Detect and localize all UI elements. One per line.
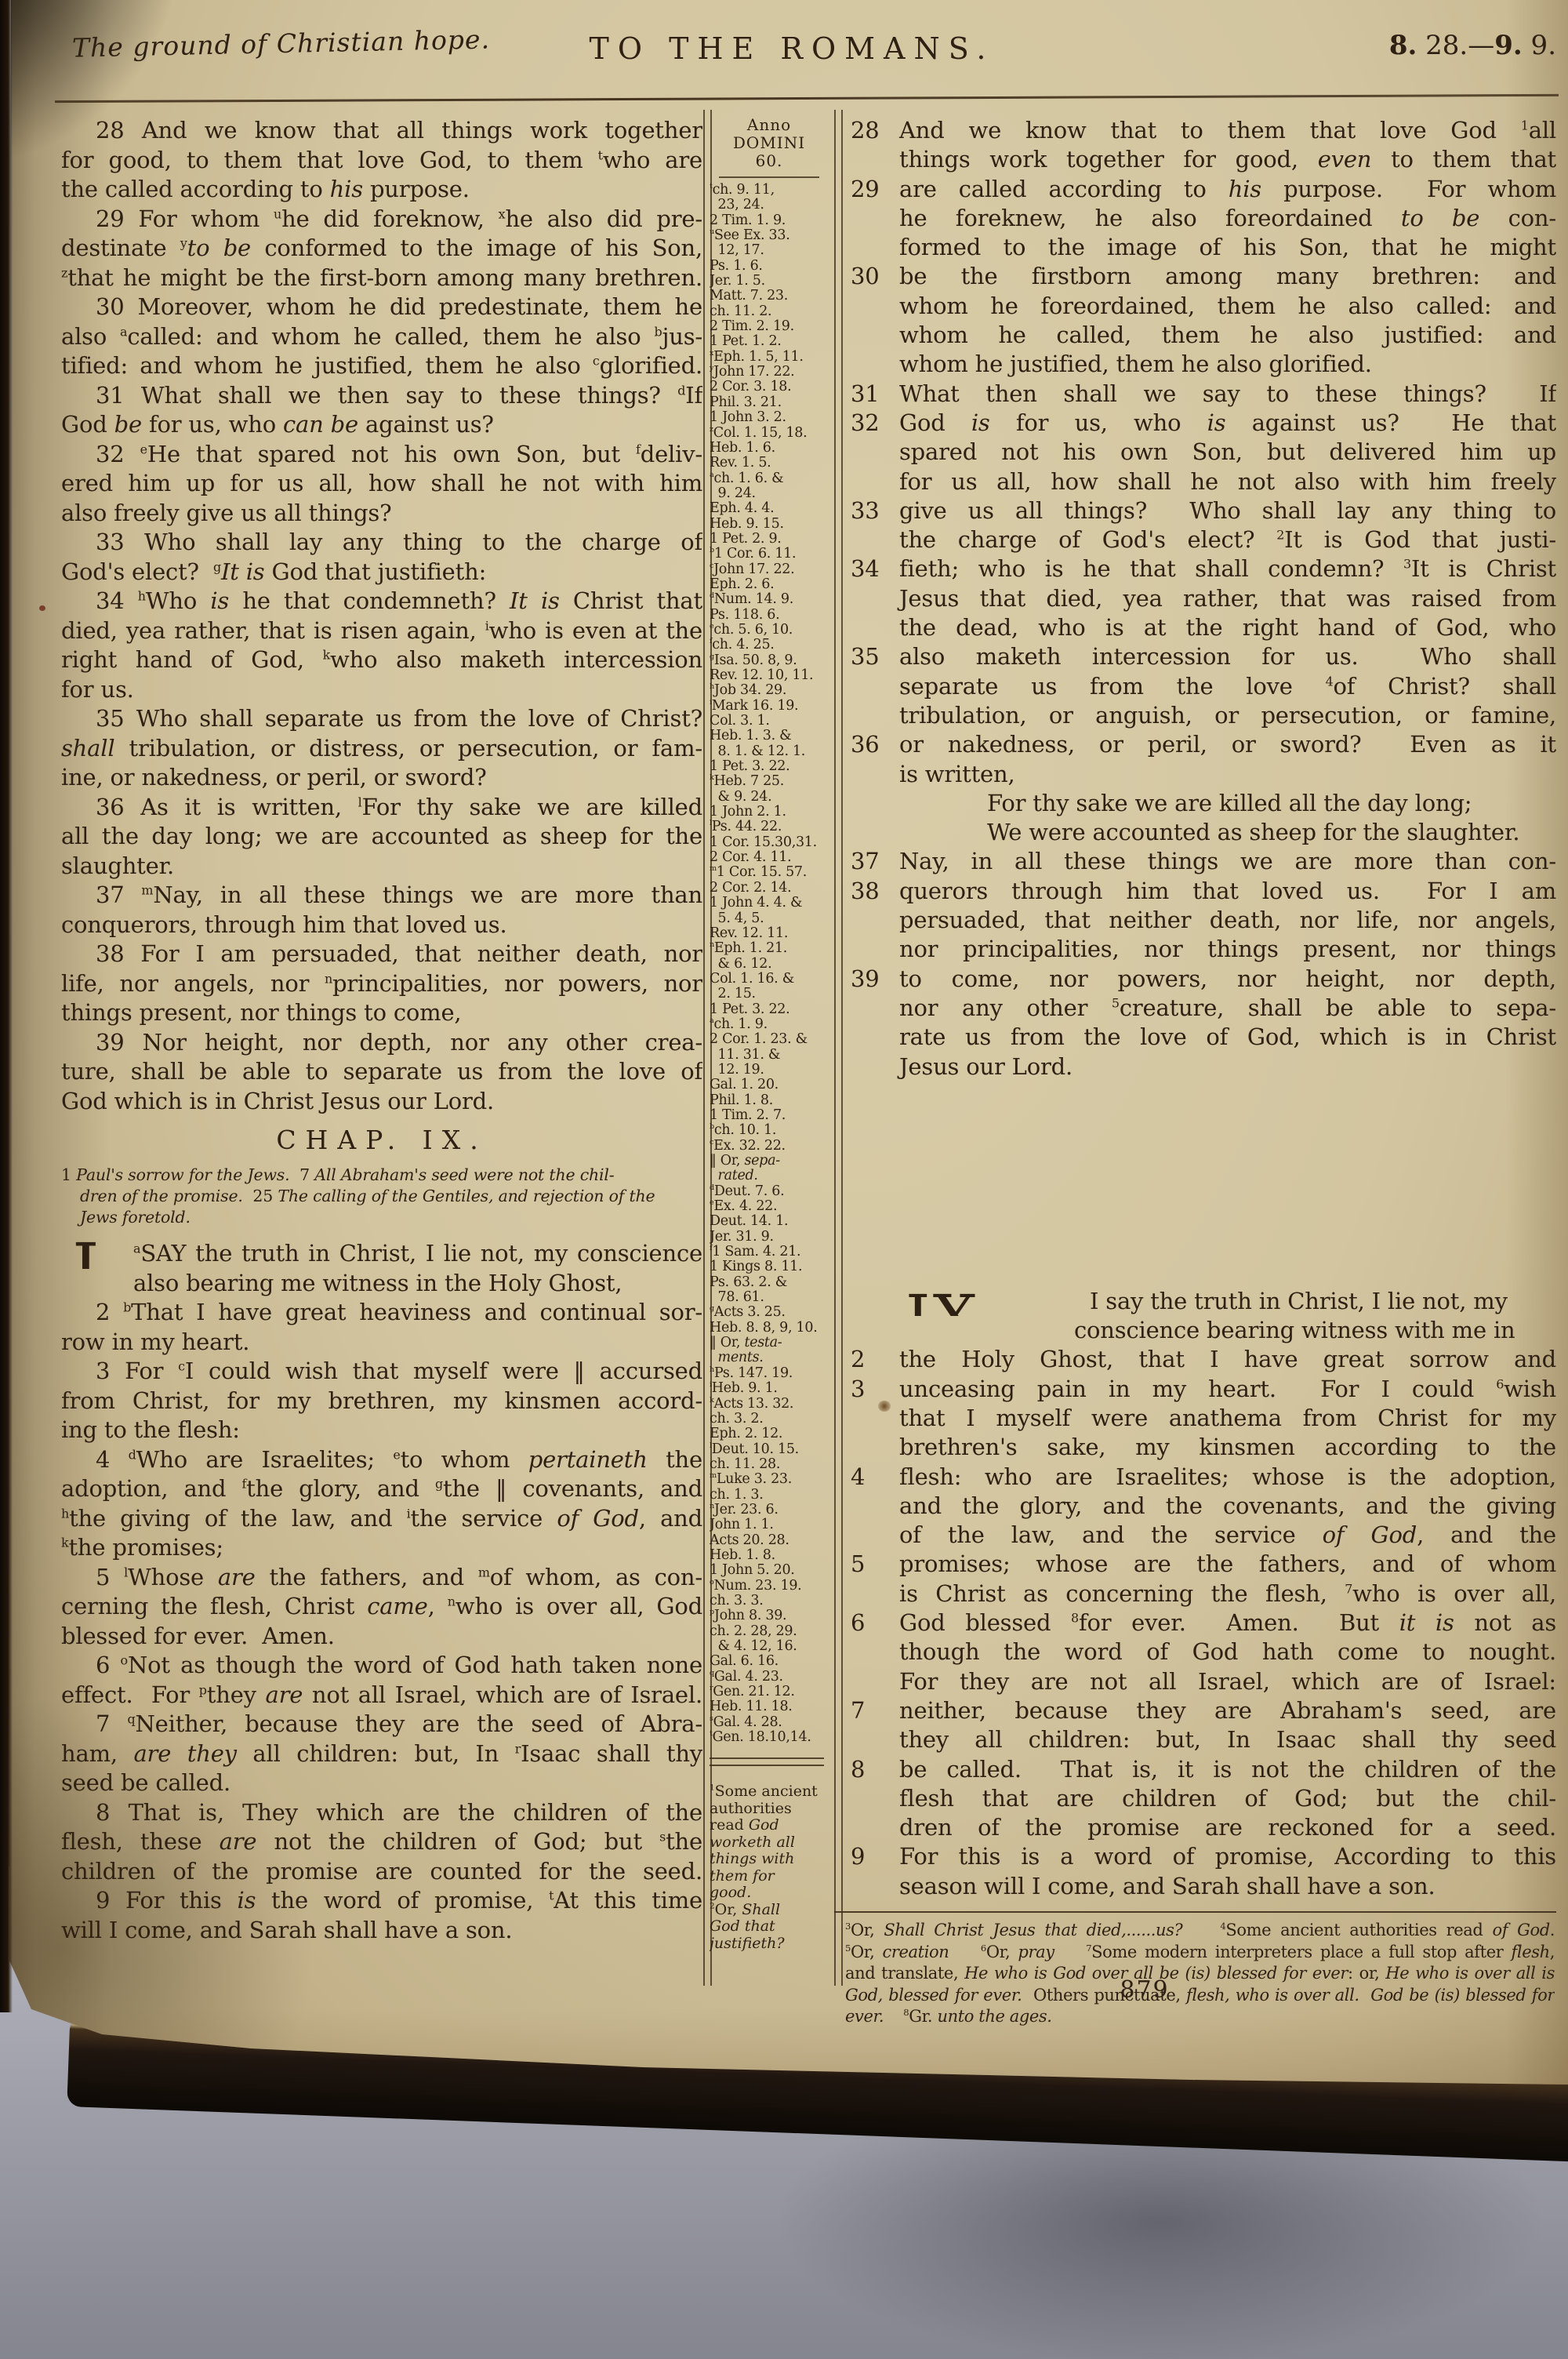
rv-line: that I myself were anathema from Christ … [851,1404,1556,1433]
verse-number: 3 [851,1375,899,1404]
paper-stain [878,1401,891,1412]
margin-reference: ch. 11. 2. [710,304,829,319]
kjv-line: also bearing me witness in the Holy Ghos… [61,1269,702,1299]
margin-reference: dDeut. 7. 6. [710,1184,829,1199]
verse-number: 4 [851,1463,899,1492]
header-rule [55,94,1559,103]
column-rule [834,110,836,1986]
kjv-line: kthe promises; [61,1533,702,1563]
kjv-line: row in my heart. [61,1328,702,1358]
rv-line: flesh that are children of God; but the … [851,1784,1556,1813]
margin-reference: bch. 10. 1. [710,1123,829,1138]
verse-number: 39 [851,965,899,994]
verse-number: 7 [851,1696,899,1725]
rv-line: 38querors through him that loved us. For… [851,877,1556,906]
rv-line: For thy sake we are killed all the day l… [851,789,1556,818]
rv-line: whom he called, them he also justified: … [851,321,1556,350]
footnote-line: ever. 8Gr. unto the ages. [845,2006,1555,2028]
kjv-line: ing to the flesh: [61,1416,702,1445]
margin-reference: iMark 16. 19. [710,699,829,714]
rv-line: whom he foreordained, them he also calle… [851,292,1556,321]
margin-reference: 23, 24. [710,198,829,213]
verse-number [851,467,899,496]
margin-reference: Gal. 6. 16. [710,1654,829,1669]
margin-reference: Eph. 2. 6. [710,577,829,592]
margin-reference: mLuke 3. 23. [710,1472,829,1487]
margin-reference: 2 Cor. 1. 23. & [710,1032,829,1047]
rv-line: brethren's sake, my kinsmen according to… [851,1433,1556,1462]
margin-reference: 12. 19. [710,1063,829,1078]
running-head-title: TO THE ROMANS. [533,31,1051,66]
verse-number [851,701,899,730]
kjv-line: for us. [61,675,702,705]
verse-number [851,525,899,554]
margin-note: 2Or, Shall [710,1902,829,1919]
verse-number: 34 [851,554,899,583]
kjv-line: conquerors, through him that loved us. [61,911,702,940]
photo-of-open-bible: The ground of Christian hope. TO THE ROM… [0,0,1568,2359]
rv-line: 8be called. That is, it is not the child… [851,1755,1556,1784]
margin-reference: 11. 31. & [710,1048,829,1063]
verse-number [851,1725,899,1754]
margin-reference: 5. 4, 5. [710,911,829,926]
kjv-line: zthat he might be the first-born among m… [61,264,702,293]
chapter-heading: CHAP. IX. [61,1116,702,1165]
margin-reference: kActs 13. 32. [710,1397,829,1412]
page-number: 879 [1066,1976,1223,2004]
verse-number [851,1579,899,1608]
margin-reference: dNum. 14. 9. [710,592,829,607]
rv-column: 28And we know that to them that love God… [851,116,1556,1901]
verse-number [851,906,899,935]
margin-reference: 1 Tim. 2. 7. [710,1108,829,1123]
verse-number: 28 [851,116,899,145]
rv-line: he foreknew, he also foreordained to be … [851,204,1556,233]
kjv-line: died, yea rather, that is risen again, i… [61,616,702,646]
verse-number: 35 [851,642,899,671]
rv-line: Jesus our Lord. [851,1052,1556,1081]
rv-line: 2the Holy Ghost, that I have great sorro… [851,1345,1556,1374]
verse-number [851,994,899,1023]
anno-line: Anno [710,116,829,134]
kjv-line: will I come, and Sarah shall have a son. [61,1916,702,1946]
margin-reference: ach. 1. 9. [710,1017,829,1032]
margin-reference: tGen. 18.10,14. [710,1730,829,1745]
margin-reference: Ps. 63. 2. & [710,1275,829,1290]
rv-line: separate us from the love 4of Christ? sh… [851,672,1556,701]
column-rule [841,110,843,1986]
anno-line: DOMINI [710,134,829,152]
kjv-line: also freely give us all things? [61,499,702,529]
margin-references: tch. 9. 11, 23, 24.2 Tim. 1. 9.uSee Ex. … [710,183,829,1745]
margin-reference: & 4. 12, 16. [710,1639,829,1654]
reference-divider-rule [710,1757,824,1766]
kjv-line: effect. For pthey are not all Israel, wh… [61,1681,702,1710]
rv-line: is written, [851,760,1556,789]
kjv-line: 4 dWho are Israelites; eto whom pertaine… [61,1445,702,1475]
margin-note: them for [710,1868,829,1885]
verse-number: 2 [851,1345,899,1374]
rv-line: 36or nakedness, or peril, or sword? Even… [851,730,1556,759]
kjv-line: 35 Who shall separate us from the love o… [61,704,702,734]
margin-reference: Col. 1. 16. & [710,972,829,987]
margin-reference: Rev. 12. 11. [710,926,829,941]
rv-line: rate us from the love of God, which is i… [851,1023,1556,1052]
bible-page: The ground of Christian hope. TO THE ROM… [0,0,1568,2117]
verse-number [851,1404,899,1433]
rv-line: 33give us all things? Who shall lay any … [851,496,1556,525]
kjv-line: flesh, these are not the children of God… [61,1827,702,1857]
kjv-column: 28 And we know that all things work toge… [61,116,702,1945]
kjv-line: 5 lWhose are the fathers, and mof whom, … [61,1563,702,1593]
verse-number [851,321,899,350]
rv-line: IX.I say the truth in Christ, I lie not,… [851,1287,1556,1316]
verse-number: 6 [851,1608,899,1637]
verse-number: 8 [851,1755,899,1784]
rv-line: though the word of God hath come to noug… [851,1637,1556,1667]
margin-reference: Rev. 1. 5. [710,456,829,471]
verse-number [851,760,899,789]
kjv-line: all the day long; we are accounted as sh… [61,822,702,852]
rv-line: 32God is for us, who is against us? He t… [851,409,1556,438]
margin-reference: Heb. 11. 18. [710,1699,829,1714]
kjv-line: children of the promise are counted for … [61,1857,702,1887]
margin-reference: Heb. 1. 6. [710,441,829,456]
drop-cap-ix: IX. [906,1290,1002,1316]
rv-line: tribulation, or anguish, or persecution,… [851,701,1556,730]
margin-reference: ‖ Or, sepa- [710,1154,829,1169]
rv-line: is Christ as concerning the flesh, 7who … [851,1579,1556,1608]
margin-reference: nJer. 23. 6. [710,1503,829,1518]
margin-reference: ch. 2. 28, 29. [710,1624,829,1639]
kjv-line: cerning the flesh, Christ came, nwho is … [61,1592,702,1622]
drop-cap-i: I [72,1239,100,1269]
margin-reference: uSee Ex. 33. [710,228,829,243]
rv-line: the dead, who is at the right hand of Go… [851,613,1556,642]
rv-line: and the glory, and the covenants, and th… [851,1492,1556,1521]
book-spine-edge [0,0,13,2012]
verse-number [851,1813,899,1842]
margin-reference: Phil. 3. 21. [710,395,829,410]
margin-reference: 1 Kings 8. 11. [710,1259,829,1274]
footnote-line: 5Or, creation 6Or, pray 7Some modern int… [845,1942,1555,1964]
rv-line: they all children: but, In Isaac shall t… [851,1725,1556,1754]
rv-line: 30be the firstborn among many brethren: … [851,262,1556,291]
kjv-line: seed be called. [61,1768,702,1798]
verse-number [851,1023,899,1052]
rv-line: nor any other 5creature, shall be able t… [851,994,1556,1023]
rv-line: 28And we know that to them that love God… [851,116,1556,145]
margin-reference: 2 Tim. 1. 9. [710,213,829,228]
kjv-line: 31 What shall we then say to these thing… [61,381,702,411]
kjv-line: 3 For cI could wish that myself were ‖ a… [61,1357,702,1387]
verse-number [851,1052,899,1081]
margin-reference: 1 Pet. 2. 9. [710,532,829,547]
margin-reference: Eph. 2. 12. [710,1427,829,1441]
verse-number: 29 [851,175,899,204]
verse-number: 32 [851,409,899,438]
margin-reference: 8. 1. & 12. 1. [710,744,829,759]
margin-reference: 1 Pet. 3. 22. [710,1002,829,1017]
rv-line: 4flesh: who are Israelites; whose is the… [851,1463,1556,1492]
margin-reference: Acts 20. 28. [710,1533,829,1548]
margin-reference: Matt. 7. 23. [710,289,829,304]
footnotes: 3Or, Shall Christ Jesus that died,......… [845,1920,1555,2028]
verse-number [851,935,899,964]
kjv-line: slaughter. [61,852,702,881]
margin-reference: Heb. 1. 8. [710,1548,829,1563]
margin-reference: ch. 3. 2. [710,1412,829,1427]
margin-reference: yJohn 17. 22. [710,365,829,380]
margin-reference: eEx. 4. 22. [710,1199,829,1214]
verse-number [851,1872,899,1901]
margin-reference: ch. 3. 3. [710,1594,829,1608]
margin-reference: 2 Cor. 4. 11. [710,850,829,865]
rv-line: formed to the image of his Son, that he … [851,233,1556,262]
rv-line: persuaded, that neither death, nor life,… [851,906,1556,935]
footnote-line: 3Or, Shall Christ Jesus that died,......… [845,1920,1555,1942]
rv-line: For they are not all Israel, which are o… [851,1667,1556,1696]
margin-reference: Gal. 1. 20. [710,1078,829,1092]
margin-note: good. [710,1885,829,1902]
verse-number [851,789,899,818]
rv-line: 29are called according to his purpose. F… [851,175,1556,204]
margin-note: 1Some ancient [710,1783,829,1801]
margin-reference: 1 John 4. 4. & [710,896,829,911]
rv-line: 6God blessed 8for ever. Amen. But it is … [851,1608,1556,1637]
column-gap [851,1081,1556,1287]
margin-reference: ech. 5. 6, 10. [710,623,829,638]
verse-number [851,438,899,467]
kjv-line: God's elect? gIt is God that justifieth: [61,558,702,587]
rv-line: 3unceasing pain in my heart. For I could… [851,1375,1556,1404]
kjv-line [61,1228,702,1239]
margin-reference: 2. 15. [710,987,829,1001]
margin-reference: 9. 24. [710,486,829,501]
kjv-line: 30 Moreover, whom he did predestinate, t… [61,293,702,322]
kjv-line: dren of the promise. 25 The calling of t… [61,1186,702,1207]
kjv-line: for good, to them that love God, to them… [61,146,702,176]
kjv-line: 39 Nor height, nor depth, nor any other … [61,1028,702,1058]
kjv-line: also acalled: and whom he called, them h… [61,322,702,352]
verse-number: 31 [851,380,899,409]
kjv-line: 7 qNeither, because they are the seed of… [61,1710,702,1739]
kjv-line: destinate yto be conformed to the image … [61,234,702,264]
margin-reference: Ps. 118. 6. [710,608,829,623]
margin-reference: Deut. 14. 1. [710,1214,829,1229]
anno-domini-label: Anno DOMINI 60. [710,116,829,170]
margin-reference: qGal. 4. 23. [710,1670,829,1685]
margin-note: God that [710,1918,829,1936]
rv-line: spared not his own Son, but delivered hi… [851,438,1556,467]
margin-reference: rated. [710,1169,829,1183]
verse-number [851,233,899,262]
margin-reference: sGal. 4. 28. [710,1715,829,1730]
column-rule [703,110,705,1986]
verse-number [851,1667,899,1696]
ink-dot [39,605,45,611]
kjv-line: tified: and whom he justified, them he a… [61,351,702,381]
rv-line: Jesus that died, yea rather, that was ra… [851,584,1556,613]
margin-reference: pJohn 8. 39. [710,1608,829,1623]
margin-reference: hJob 34. 29. [710,683,829,698]
margin-note: authorities [710,1801,829,1818]
rv-line: 34fieth; who is he that shall condemn? 3… [851,554,1556,583]
margin-reference: 2 Cor. 3. 18. [710,380,829,394]
margin-reference: Rev. 12. 10, 11. [710,668,829,683]
kjv-line: 37 mNay, in all these things we are more… [61,881,702,911]
margin-reference: 78. 61. [710,1290,829,1305]
margin-notes: 1Some ancientauthoritiesread Godworketh … [710,1783,829,1952]
margin-reference: iHeb. 9. 1. [710,1381,829,1396]
verse-number [851,1784,899,1813]
margin-reference: ‖ Or, testa- [710,1336,829,1350]
verse-number: 30 [851,262,899,291]
margin-reference: Eph. 4. 4. [710,501,829,516]
kjv-line: adoption, and fthe glory, and gthe ‖ cov… [61,1474,702,1504]
rv-line: of the law, and the service of God, and … [851,1521,1556,1550]
verse-number: 33 [851,496,899,525]
margin-reference: 1 Pet. 1. 2. [710,334,829,349]
margin-reference: kHeb. 7 25. [710,774,829,789]
margin-reference: f1 Sam. 4. 21. [710,1245,829,1259]
verse-number [851,145,899,174]
rv-line: 37Nay, in all these things we are more t… [851,847,1556,876]
margin-reference: cEx. 32. 22. [710,1139,829,1154]
kjv-line: 38 For I am persuaded, that neither deat… [61,940,702,969]
kjv-line: shall tribulation, or distress, or perse… [61,734,702,764]
rv-line: nor principalities, nor things present, … [851,935,1556,964]
kjv-line: right hand of God, kwho also maketh inte… [61,645,702,675]
kjv-line: IaSAY the truth in Christ, I lie not, my… [61,1239,702,1269]
margin-reference: fch. 4. 25. [710,638,829,652]
margin-reference: xEph. 1. 5, 11. [710,350,829,365]
margin-reference: ch. 1. 3. [710,1488,829,1503]
rv-line: season will I come, and Sarah shall have… [851,1872,1556,1901]
anno-rule [719,176,819,178]
verse-number: 38 [851,877,899,906]
kjv-line: God be for us, who can be against us? [61,410,702,440]
margin-reference: ments. [710,1350,829,1365]
kjv-line: 1 Paul's sorrow for the Jews. 7 All Abra… [61,1165,702,1186]
rv-line: We were accounted as sheep for the slaug… [851,818,1556,847]
kjv-line: from Christ, for my brethren, my kinsmen… [61,1387,702,1416]
kjv-line: 29 For whom uhe did foreknow, xhe also d… [61,205,702,234]
margin-reference: gIsa. 50. 8, 9. [710,653,829,668]
verse-number [851,613,899,642]
margin-reference: ach. 1. 6. & [710,471,829,486]
margin-reference: Heb. 1. 3. & [710,729,829,743]
margin-note: justifieth? [710,1936,829,1953]
verse-number: 36 [851,730,899,759]
verse-number: 5 [851,1550,899,1579]
margin-reference: nEph. 1. 21. [710,941,829,956]
margin-reference: 1 John 5. 20. [710,1563,829,1578]
rv-line: 31What then shall we say to these things… [851,380,1556,409]
rv-line: 39to come, nor powers, nor height, nor d… [851,965,1556,994]
margin-reference: 1 Cor. 15.30,31. [710,835,829,850]
kjv-line: ered him up for us all, how shall he not… [61,469,702,499]
verse-number [851,350,899,379]
kjv-line: ham, are they all children: but, In rIsa… [61,1739,702,1769]
rv-line: 35also maketh intercession for us. Who s… [851,642,1556,671]
kjv-line: ture, shall be able to separate us from … [61,1057,702,1087]
kjv-line: 2 bThat I have great heaviness and conti… [61,1298,702,1328]
rv-line: 9For this is a word of promise, Accordin… [851,1842,1556,1871]
verse-number [851,292,899,321]
margin-note: read God [710,1817,829,1834]
kjv-line: 34 hWho is he that condemneth? It is Chr… [61,587,702,616]
rv-line: 7neither, because they are Abraham's see… [851,1696,1556,1725]
margin-reference: John 1. 1. [710,1518,829,1532]
rv-line: things work together for good, even to t… [851,145,1556,174]
verse-number [851,204,899,233]
footnote-rule [834,1911,1556,1913]
margin-reference: 2 Tim. 2. 19. [710,319,829,334]
verse-number [851,1492,899,1521]
verse-number [851,1637,899,1667]
verse-number [851,1521,899,1550]
kjv-line: 6 oNot as though the word of God hath ta… [61,1651,702,1681]
margin-reference: oNum. 23. 19. [710,1579,829,1594]
margin-reference: gActs 3. 25. [710,1305,829,1320]
rv-line: whom he justified, them he also glorifie… [851,350,1556,379]
margin-reference: b1 Cor. 6. 11. [710,547,829,562]
margin-reference: lPs. 44. 22. [710,820,829,834]
margin-reference: cJohn 17. 22. [710,562,829,577]
verse-number [851,584,899,613]
margin-reference: rGen. 21. 12. [710,1685,829,1699]
kjv-line: blessed for ever. Amen. [61,1622,702,1652]
margin-note: worketh all [710,1834,829,1852]
kjv-line: 28 And we know that all things work toge… [61,116,702,146]
rv-line: dren of the promise are reckoned for a s… [851,1813,1556,1842]
margin-reference: Heb. 9. 15. [710,517,829,532]
margin-reference: Jer. 31. 9. [710,1230,829,1245]
running-head-subject: The ground of Christian hope. [72,24,491,63]
margin-reference: 2 Cor. 2. 14. [710,881,829,896]
margin-reference: tch. 9. 11, [710,183,829,198]
margin-reference: hPs. 147. 19. [710,1366,829,1381]
kjv-line: the called according to his purpose. [61,175,702,205]
margin-reference: lDeut. 10. 15. [710,1442,829,1457]
margin-reference: m1 Cor. 15. 57. [710,865,829,880]
kjv-line: 8 That is, They which are the children o… [61,1798,702,1828]
margin-reference: Phil. 1. 8. [710,1093,829,1108]
margin-reference: & 6. 12. [710,957,829,972]
rv-line: for us all, how shall he not also with h… [851,467,1556,496]
rv-line: the charge of God's elect? 2It is God th… [851,525,1556,554]
margin-note: things with [710,1851,829,1868]
kjv-line: ine, or nakedness, or peril, or sword? [61,763,702,793]
verse-number [851,1433,899,1462]
kjv-line: 36 As it is written, lFor thy sake we ar… [61,793,702,823]
verse-number [851,818,899,847]
margin-reference: Col. 3. 1. [710,714,829,729]
rv-line: conscience bearing witness with me in [851,1316,1556,1345]
running-head-verse-range: 8. 28.—9. 9. [1333,30,1556,61]
verse-number: 9 [851,1842,899,1871]
margin-reference: 12, 17. [710,243,829,258]
margin-reference: 1 John 2. 1. [710,805,829,820]
margin-reference: Heb. 8. 8, 9, 10. [710,1321,829,1336]
kjv-line: life, nor angels, nor nprincipalities, n… [61,969,702,999]
margin-reference: Ps. 1. 6. [710,259,829,274]
kjv-line: 33 Who shall lay any thing to the charge… [61,528,702,558]
margin-reference: & 9. 24. [710,790,829,805]
kjv-line: God which is in Christ Jesus our Lord. [61,1087,702,1117]
margin-reference: zCol. 1. 15, 18. [710,426,829,441]
